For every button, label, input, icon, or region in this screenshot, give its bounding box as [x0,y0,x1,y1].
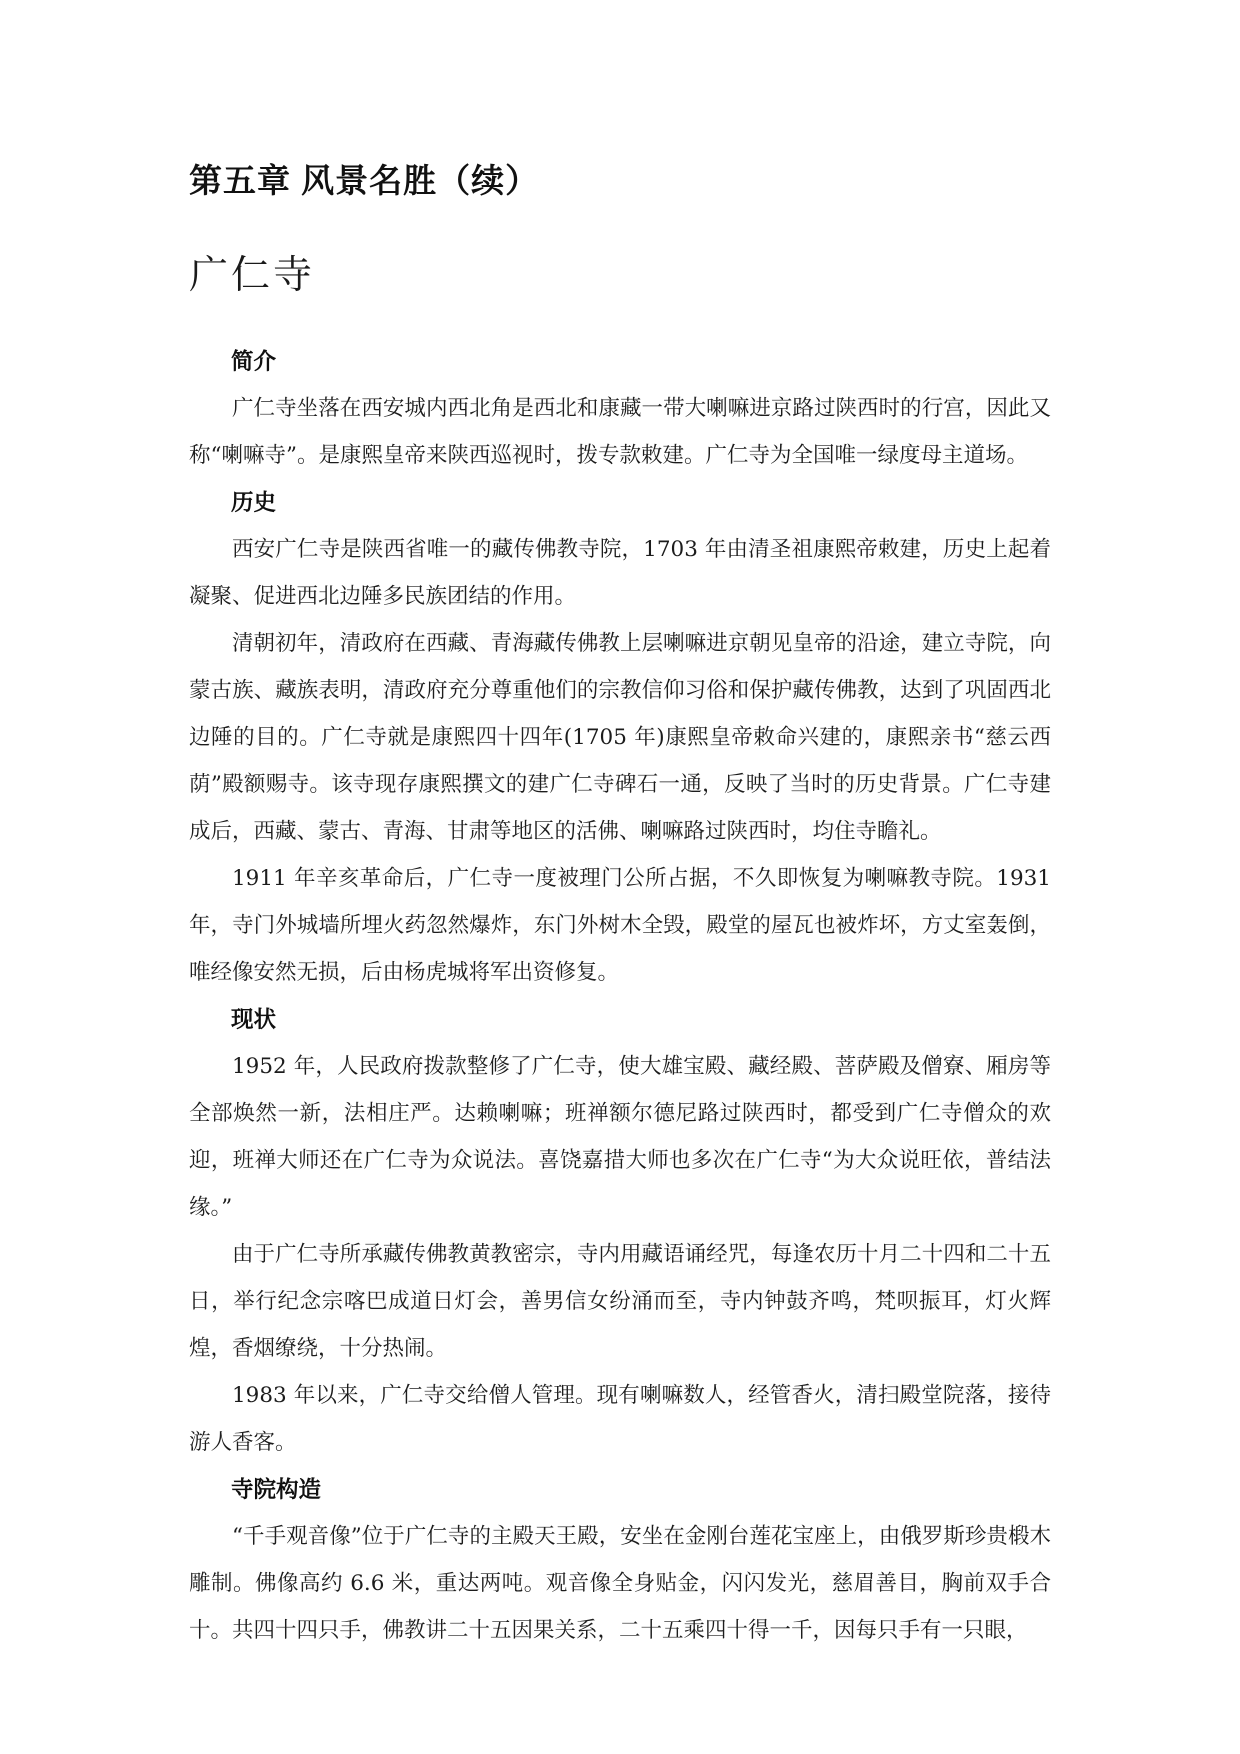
paragraph: “千手观音像”位于广仁寺的主殿天王殿，安坐在金刚台莲花宝座上，由俄罗斯珍贵椴木雕… [189,1513,1051,1654]
paragraph: 1983 年以来，广仁寺交给僧人管理。现有喇嘛数人，经管香火，清扫殿堂院落，接待… [189,1372,1051,1466]
paragraph: 广仁寺坐落在西安城内西北角是西北和康藏一带大喇嘛进京路过陕西时的行宫，因此又称“… [189,385,1051,479]
section-heading: 寺院构造 [231,1466,1051,1513]
section-heading: 简介 [231,338,1051,385]
paragraph: 1911 年辛亥革命后，广仁寺一度被理门公所占据，不久即恢复为喇嘛教寺院。193… [189,855,1051,996]
article-title: 广仁寺 [189,251,1051,301]
section-heading: 历史 [231,479,1051,526]
chapter-title: 第五章 风景名胜（续） [189,158,1051,204]
document-page: 第五章 风景名胜（续） 广仁寺 简介广仁寺坐落在西安城内西北角是西北和康藏一带大… [0,0,1240,1754]
paragraph: 1952 年，人民政府拨款整修了广仁寺，使大雄宝殿、藏经殿、菩萨殿及僧寮、厢房等… [189,1043,1051,1231]
paragraph: 由于广仁寺所承藏传佛教黄教密宗，寺内用藏语诵经咒，每逢农历十月二十四和二十五日，… [189,1231,1051,1372]
document-body: 简介广仁寺坐落在西安城内西北角是西北和康藏一带大喇嘛进京路过陕西时的行宫，因此又… [189,338,1051,1654]
section-heading: 现状 [231,996,1051,1043]
paragraph: 清朝初年，清政府在西藏、青海藏传佛教上层喇嘛进京朝见皇帝的沿途，建立寺院，向蒙古… [189,620,1051,855]
paragraph: 西安广仁寺是陕西省唯一的藏传佛教寺院，1703 年由清圣祖康熙帝敕建，历史上起着… [189,526,1051,620]
